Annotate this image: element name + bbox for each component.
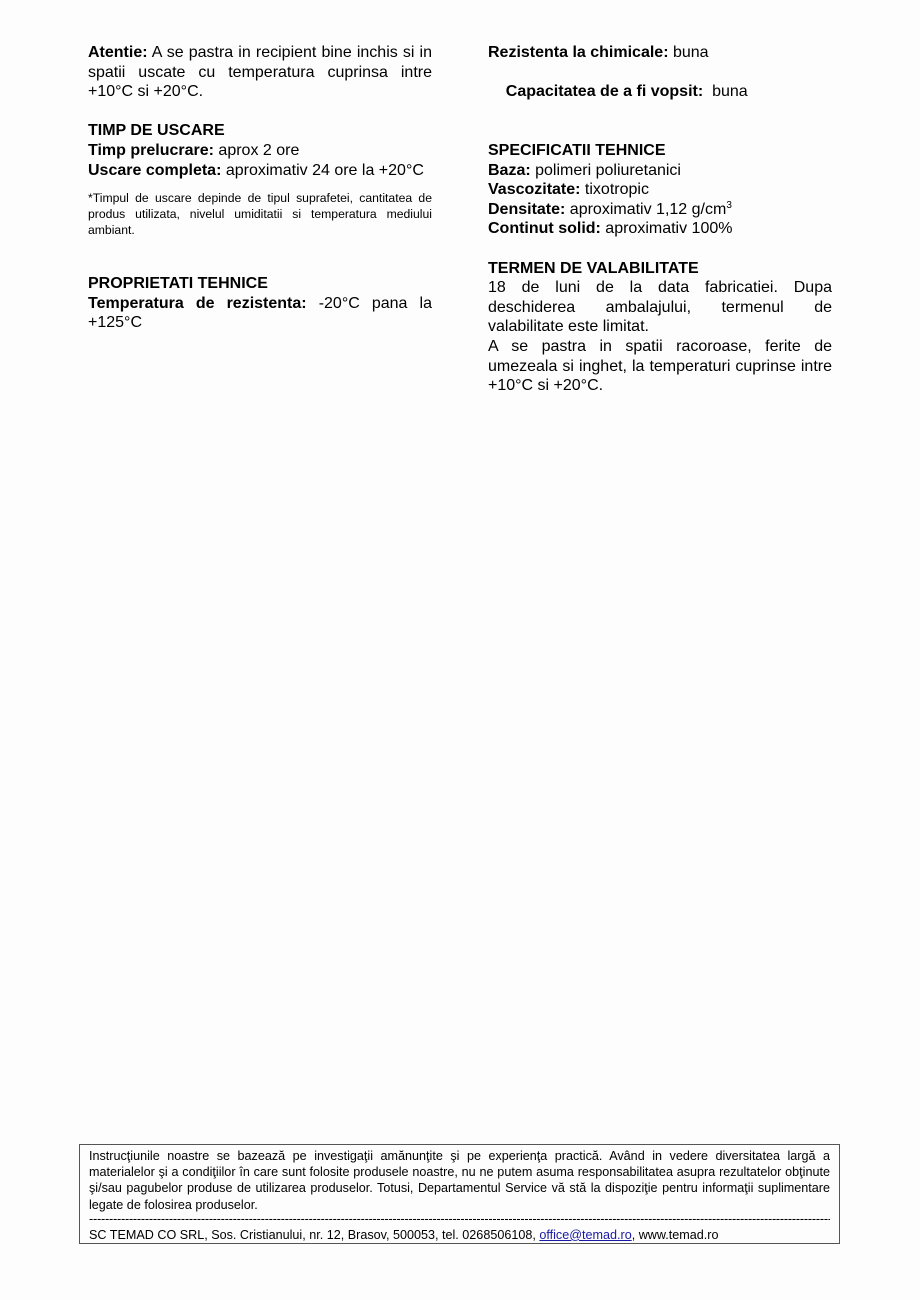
full-drying-value: aproximativ 24 ore la +20°C <box>221 162 424 179</box>
drying-note: *Timpul de uscare depinde de tipul supra… <box>88 190 432 238</box>
attention-paragraph: Atentie: A se pastra in recipient bine i… <box>88 43 432 102</box>
solid-content-label: Continut solid: <box>488 220 601 237</box>
email-link[interactable]: office@temad.ro <box>539 1228 631 1242</box>
spacer <box>488 239 832 259</box>
footer-separator: ----------------------------------------… <box>89 1213 830 1227</box>
spacer <box>88 102 432 122</box>
contact-address: SC TEMAD CO SRL, Sos. Cristianului, nr. … <box>89 1228 539 1242</box>
density-value: aproximativ 1,12 g/cm <box>565 201 726 218</box>
attention-label: Atentie: <box>88 44 148 61</box>
footer-contact: SC TEMAD CO SRL, Sos. Cristianului, nr. … <box>89 1227 830 1243</box>
density-row: Densitate: aproximativ 1,12 g/cm3 <box>488 200 832 220</box>
viscosity-label: Vascozitate: <box>488 181 580 198</box>
left-column: Atentie: A se pastra in recipient bine i… <box>88 43 432 333</box>
viscosity-value: tixotropic <box>580 181 648 198</box>
resistance-temperature-row: Temperatura de rezistenta: -20°C pana la… <box>88 294 432 333</box>
shelf-life-text-2: A se pastra in spatii racoroase, ferite … <box>488 337 832 396</box>
technical-properties-heading: PROPRIETATI TEHNICE <box>88 274 432 294</box>
shelf-life-text-1: 18 de luni de la data fabricatiei. Dupa … <box>488 278 832 337</box>
resistance-temperature-label: Temperatura de rezistenta: <box>88 295 307 312</box>
paintability-label: Capacitatea de a fi vopsit: <box>506 83 703 100</box>
technical-specs-heading: SPECIFICATII TEHNICE <box>488 141 832 161</box>
chemical-resistance-value: buna <box>669 44 709 61</box>
full-drying-label: Uscare completa: <box>88 162 221 179</box>
chemical-resistance-row: Rezistenta la chimicale: buna <box>488 43 832 63</box>
paintability-value: buna <box>703 83 747 100</box>
spacer <box>488 121 832 141</box>
working-time-label: Timp prelucrare: <box>88 142 214 159</box>
working-time-row: Timp prelucrare: aprox 2 ore <box>88 141 432 161</box>
right-column: Rezistenta la chimicale: buna Capacitate… <box>488 43 832 396</box>
full-drying-row: Uscare completa: aproximativ 24 ore la +… <box>88 161 432 181</box>
contact-website: , www.temad.ro <box>632 1228 719 1242</box>
footer-disclaimer: Instrucţiunile noastre se bazează pe inv… <box>89 1148 830 1213</box>
working-time-value: aprox 2 ore <box>214 142 299 159</box>
density-label: Densitate: <box>488 201 565 218</box>
density-unit-superscript: 3 <box>726 200 732 211</box>
shelf-life-heading: TERMEN DE VALABILITATE <box>488 259 832 279</box>
spacer <box>88 244 432 274</box>
base-label: Baza: <box>488 162 531 179</box>
footer-box: Instrucţiunile noastre se bazează pe inv… <box>79 1144 840 1244</box>
chemical-resistance-label: Rezistenta la chimicale: <box>488 44 669 61</box>
drying-time-heading: TIMP DE USCARE <box>88 121 432 141</box>
base-row: Baza: polimeri poliuretanici <box>488 161 832 181</box>
solid-content-value: aproximativ 100% <box>601 220 733 237</box>
solid-content-row: Continut solid: aproximativ 100% <box>488 219 832 239</box>
paintability-row: Capacitatea de a fi vopsit: buna <box>488 63 832 122</box>
base-value: polimeri poliuretanici <box>531 162 681 179</box>
viscosity-row: Vascozitate: tixotropic <box>488 180 832 200</box>
